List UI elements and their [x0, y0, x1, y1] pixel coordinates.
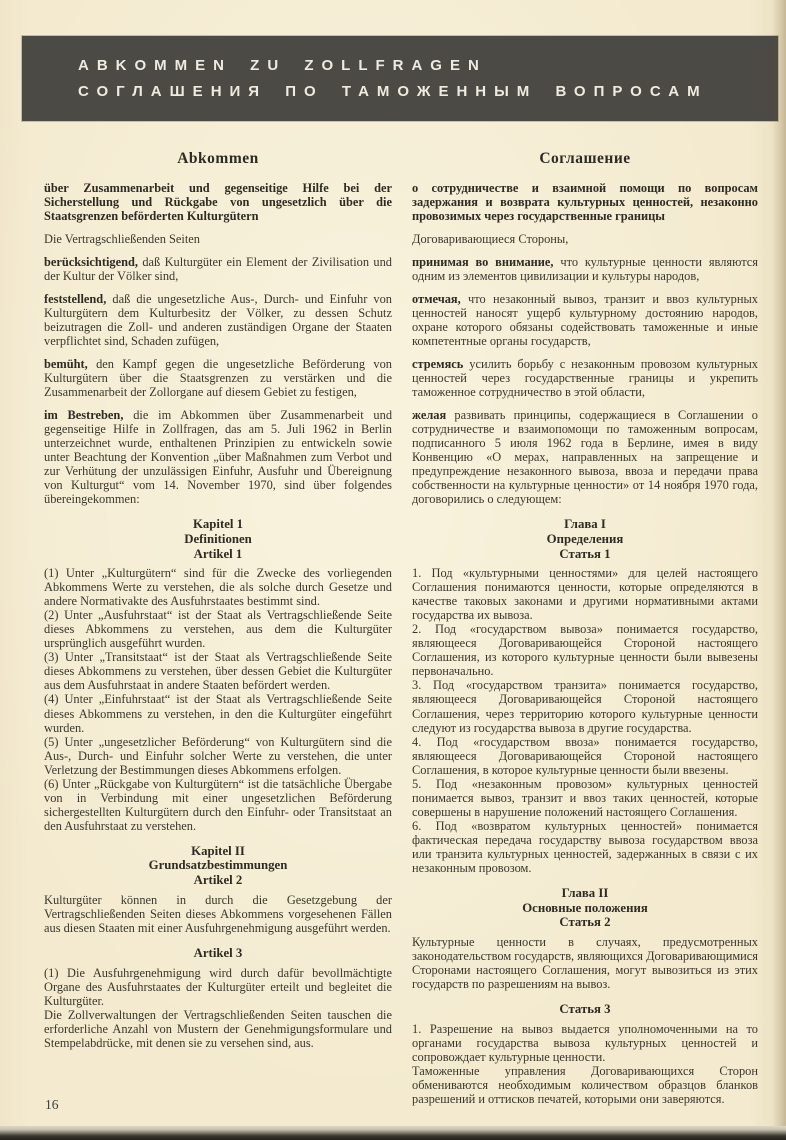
paragraph: Культурные ценности в случаях, предусмот… [412, 935, 758, 991]
section-heading-line: Grundsatzbestimmungen [44, 858, 392, 873]
section-heading-line: Artikel 2 [44, 873, 392, 888]
clause-item: 1. Под «культурными ценностями» для целе… [412, 566, 758, 622]
paragraph-lead: отмечая, [412, 292, 468, 306]
section-heading-line: Глава I [412, 517, 758, 532]
paragraph-lead: berücksichtigend, [44, 255, 142, 269]
clause-item: 5. Под «незаконным провозом» культурных … [412, 777, 758, 819]
section-heading-line: Kapitel II [44, 844, 392, 859]
section-heading-line: Статья 1 [412, 547, 758, 562]
paragraph: отмечая, что незаконный вывоз, транзит и… [412, 292, 758, 348]
section-heading: Kapitel 1DefinitionenArtikel 1 [44, 517, 392, 562]
header-band: ABKOMMEN ZU ZOLLFRAGEN СОГЛАШЕНИЯ ПО ТАМ… [22, 36, 778, 121]
section-heading-line: Definitionen [44, 532, 392, 547]
german-column: Abkommen über Zusammenarbeit und gegense… [44, 150, 392, 1050]
clause-item: 2. Под «государством вывоза» понимается … [412, 622, 758, 678]
document-subtitle: о сотрудничестве и взаимной помощи по во… [412, 181, 758, 223]
paragraph-lead: im Bestreben, [44, 408, 133, 422]
section-heading: Глава IIОсновные положенияСтатья 2 [412, 886, 758, 931]
section-heading: Artikel 3 [44, 946, 392, 961]
clause-item: 3. Под «государством транзита» понимаетс… [412, 678, 758, 734]
section-heading-line: Статья 3 [412, 1002, 758, 1017]
section-heading: Статья 3 [412, 1002, 758, 1017]
german-document-title: Abkommen [44, 150, 392, 168]
section-heading-line: Artikel 3 [44, 946, 392, 961]
paragraph: bemüht, den Kampf gegen die ungesetzlich… [44, 357, 392, 399]
clause-item: Die Zollverwaltungen der Vertragschließe… [44, 1008, 392, 1050]
clause-item: Таможенные управления Договаривающихся С… [412, 1064, 758, 1106]
header-title-russian: СОГЛАШЕНИЯ ПО ТАМОЖЕННЫМ ВОПРОСАМ [78, 83, 778, 100]
clause-item: 1. Разрешение на вывоз выдается уполномо… [412, 1022, 758, 1064]
paragraph: berücksichtigend, daß Kulturgüter ein El… [44, 255, 392, 283]
paragraph: feststellend, daß die ungesetzliche Aus-… [44, 292, 392, 348]
german-column-body: über Zusammenarbeit und gegenseitige Hil… [44, 181, 392, 1051]
clause-item: (1) Unter „Kulturgütern“ sind für die Zw… [44, 566, 392, 608]
clause-item: (3) Unter „Transitstaat“ ist der Staat a… [44, 650, 392, 692]
section-heading-line: Определения [412, 532, 758, 547]
section-heading: Глава IОпределенияСтатья 1 [412, 517, 758, 562]
section-heading: Kapitel IIGrundsatzbestimmungenArtikel 2 [44, 844, 392, 889]
header-title-german: ABKOMMEN ZU ZOLLFRAGEN [78, 57, 778, 74]
section-heading-line: Kapitel 1 [44, 517, 392, 532]
paragraph: Договаривающиеся Стороны, [412, 232, 758, 246]
paragraph-lead: принимая во внимание, [412, 255, 560, 269]
paragraph: желая развивать принципы, содержащиеся в… [412, 408, 758, 506]
section-heading-line: Artikel 1 [44, 547, 392, 562]
clause-item: (5) Unter „ungesetzlicher Beförderung“ v… [44, 735, 392, 777]
russian-column: Соглашение о сотрудничестве и взаимной п… [412, 150, 758, 1106]
section-heading-line: Основные положения [412, 901, 758, 916]
paragraph-lead: желая [412, 408, 454, 422]
russian-document-title: Соглашение [412, 150, 758, 168]
clause-item: (4) Unter „Einfuhrstaat“ ist der Staat a… [44, 692, 392, 734]
document-subtitle: über Zusammenarbeit und gegenseitige Hil… [44, 181, 392, 223]
clause-item: (6) Unter „Rückgabe von Kulturgütern“ is… [44, 777, 392, 833]
clause-item: 4. Под «государством ввоза» понимается г… [412, 735, 758, 777]
paragraph: Die Vertragschließenden Seiten [44, 232, 392, 246]
paragraph: im Bestreben, die im Abkommen über Zusam… [44, 408, 392, 506]
paragraph-lead: feststellend, [44, 292, 112, 306]
section-heading-line: Глава II [412, 886, 758, 901]
section-heading-line: Статья 2 [412, 915, 758, 930]
clause-item: 6. Под «возвратом культурных ценностей» … [412, 819, 758, 875]
paragraph-lead: стремясь [412, 357, 469, 371]
paragraph: принимая во внимание, что культурные цен… [412, 255, 758, 283]
paragraph: стремясь усилить борьбу с незаконным про… [412, 357, 758, 399]
russian-column-body: о сотрудничестве и взаимной помощи по во… [412, 181, 758, 1107]
paragraph-lead: bemüht, [44, 357, 96, 371]
paragraph: Kulturgüter können in durch die Gesetzge… [44, 893, 392, 935]
scan-edge-bottom [0, 1126, 786, 1140]
clause-item: (2) Unter „Ausfuhrstaat“ ist der Staat a… [44, 608, 392, 650]
page-number: 16 [45, 1097, 59, 1113]
page-edge-shadow [772, 0, 786, 1127]
clause-item: (1) Die Ausfuhrgenehmigung wird durch da… [44, 966, 392, 1008]
